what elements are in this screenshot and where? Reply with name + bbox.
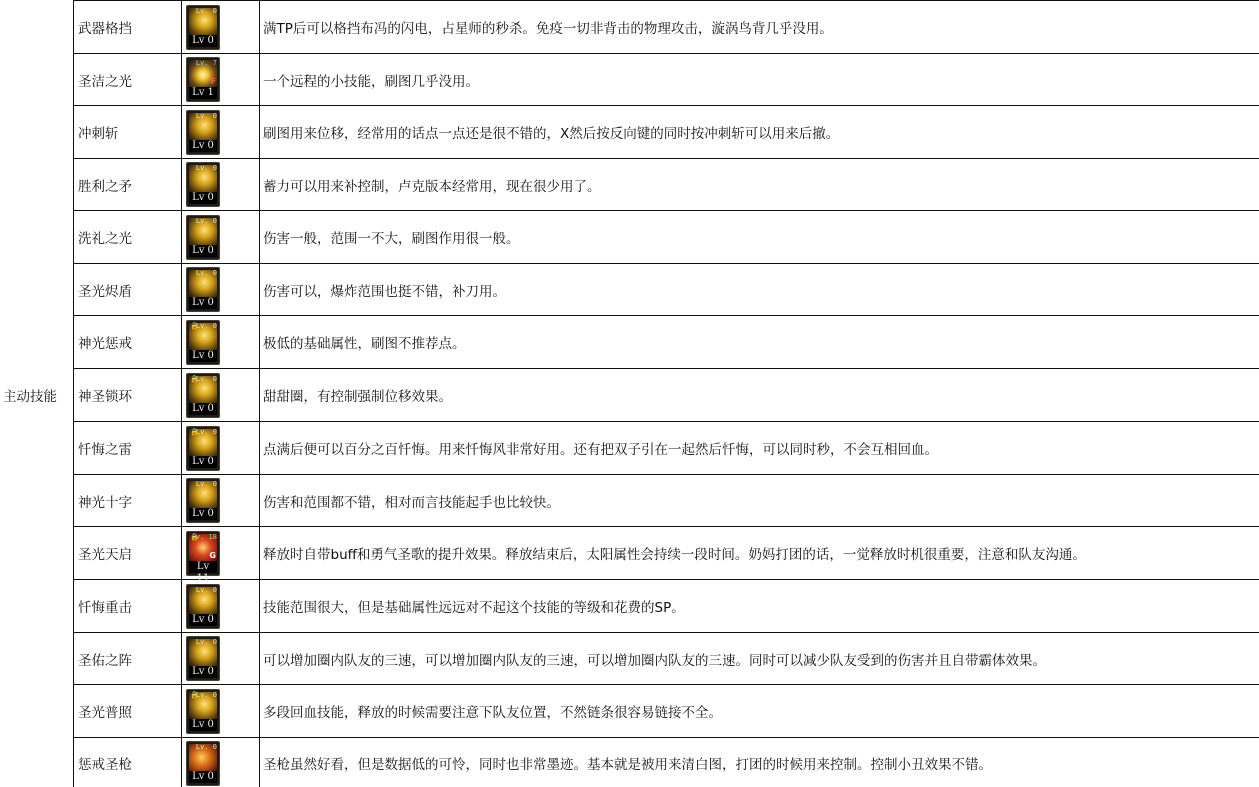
skill-name: 圣洁之光: [78, 74, 132, 90]
skill-name-cell: 洗礼之光: [74, 211, 182, 264]
skill-description: 一个远程的小技能，刷图几乎没用。: [263, 74, 479, 90]
skill-icon-cell: Lv. 18🔒GLv 11: [182, 527, 260, 580]
skill-level-label: Lv 0: [189, 666, 217, 678]
skill-description-cell: 一个远程的小技能，刷图几乎没用。: [260, 54, 1259, 106]
skill-level-label: Lv 0: [189, 192, 217, 204]
table-row: 洗礼之光Lv. 0Lv 0伤害一般，范围一不大，刷图作用很一般。: [0, 211, 1259, 264]
table-row: 圣光烬盾Lv. 0Lv 0伤害可以，爆炸范围也挺不错，补刀用。: [0, 264, 1259, 316]
skill-level-label: Lv 0: [189, 140, 217, 152]
skill-description: 多段回血技能，释放的时候需要注意下队友位置，不然链条很容易链接不全。: [263, 705, 722, 721]
max-level-label: Lv. 7: [196, 59, 217, 67]
skill-level-label: Lv 0: [189, 508, 217, 520]
skill-description-cell: 蓄力可以用来补控制，卢克版本经常用，现在很少用了。: [260, 159, 1259, 211]
skill-name-cell: 胜利之矛: [74, 159, 182, 211]
category-cell: [0, 1, 74, 54]
category-cell: [0, 106, 74, 159]
skill-name: 胜利之矛: [78, 179, 132, 195]
skill-name-cell: 忏悔之雷: [74, 422, 182, 475]
max-level-label: Lv. 0: [196, 112, 217, 120]
holy-light-icon: Lv. 7FLv 1: [186, 57, 220, 102]
skill-description: 刷图用来位移，经常用的话点一点还是很不错的，X然后按反向键的同时按冲刺斩可以用来…: [263, 126, 839, 142]
skill-description: 满TP后可以格挡布冯的闪电，占星师的秒杀。免疫一切非背击的物理攻击，漩涡鸟背几乎…: [263, 21, 833, 37]
skill-description: 甜甜圈，有控制强制位移效果。: [263, 389, 452, 405]
lock-icon: 🔒: [190, 428, 199, 436]
table-row: 神光惩戒Lv. 0🔒Lv 0极低的基础属性，刷图不推荐点。: [0, 316, 1259, 369]
skill-name-cell: 惩戒圣枪: [74, 738, 182, 787]
table-row: 胜利之矛Lv. 0Lv 0蓄力可以用来补控制，卢克版本经常用，现在很少用了。: [0, 159, 1259, 211]
skill-flag-badge: G: [209, 551, 216, 560]
dash-slash-icon: Lv. 0Lv 0: [186, 110, 220, 155]
table-row: 惩戒圣枪Lv. 0Lv 0圣枪虽然好看，但是数据低的可怜，同时也非常墨迹。基本就…: [0, 738, 1259, 787]
category-cell: [0, 685, 74, 738]
skill-description-cell: 多段回血技能，释放的时候需要注意下队友位置，不然链条很容易链接不全。: [260, 685, 1259, 738]
category-cell: [0, 422, 74, 475]
category-cell: [0, 316, 74, 369]
skill-name-cell: 神光惩戒: [74, 316, 182, 369]
skill-description-cell: 满TP后可以格挡布冯的闪电，占星师的秒杀。免疫一切非背击的物理攻击，漩涡鸟背几乎…: [260, 1, 1259, 54]
max-level-label: Lv. 0: [196, 217, 217, 225]
skill-name: 武器格挡: [78, 21, 132, 37]
max-level-label: Lv. 0: [196, 638, 217, 646]
table-row: 忏悔重击Lv. 0Lv 0技能范围很大，但是基础属性远远对不起这个技能的等级和花…: [0, 580, 1259, 633]
skill-name-cell: 圣光烬盾: [74, 264, 182, 316]
skill-name-cell: 武器格挡: [74, 1, 182, 54]
skill-name: 神光惩戒: [78, 336, 132, 352]
category-cell: [0, 633, 74, 685]
skill-level-label: Lv 1: [189, 87, 217, 99]
max-level-label: Lv. 0: [196, 322, 217, 330]
skill-level-label: Lv 0: [189, 456, 217, 468]
skill-icon-cell: Lv. 0Lv 0: [182, 211, 260, 264]
skill-name: 洗礼之光: [78, 231, 132, 247]
punishing-holy-spear-icon: Lv. 0Lv 0: [186, 741, 220, 786]
skill-description-cell: 点满后便可以百分之百忏悔。用来忏悔风非常好用。还有把双子引在一起然后忏悔，可以同…: [260, 422, 1259, 475]
max-level-label: Lv. 0: [196, 269, 217, 277]
skill-description-cell: 技能范围很大，但是基础属性远远对不起这个技能的等级和花费的SP。: [260, 580, 1259, 633]
max-level-label: Lv. 0: [196, 164, 217, 172]
max-level-label: Lv. 0: [196, 7, 217, 15]
category-cell: [0, 580, 74, 633]
skill-level-label: Lv 0: [189, 719, 217, 731]
holy-chain-ring-icon: Lv. 0🔒Lv 0: [186, 373, 220, 418]
category-cell: [0, 159, 74, 211]
skill-icon-cell: Lv. 0Lv 0: [182, 580, 260, 633]
skill-description: 圣枪虽然好看，但是数据低的可怜，同时也非常墨迹。基本就是被用来清白图，打团的时候…: [263, 757, 992, 773]
divine-punish-icon: Lv. 0🔒Lv 0: [186, 320, 220, 365]
category-cell: [0, 264, 74, 316]
skill-description: 可以增加圈内队友的三速，可以增加圈内队友的三速，可以增加圈内队友的三速。同时可以…: [263, 653, 1046, 669]
skill-description: 技能范围很大，但是基础属性远远对不起这个技能的等级和花费的SP。: [263, 600, 685, 616]
skill-level-label: Lv 0: [189, 245, 217, 257]
category-label: 主动技能: [3, 389, 57, 405]
skill-icon-cell: Lv. 0🔒Lv 0: [182, 685, 260, 738]
skill-name-cell: 神圣锁环: [74, 369, 182, 422]
skill-level-label: Lv 0: [189, 297, 217, 309]
table-row: 冲刺斩Lv. 0Lv 0刷图用来位移，经常用的话点一点还是很不错的，X然后按反向…: [0, 106, 1259, 159]
skills-table-body: 武器格挡Lv. 0Lv 0满TP后可以格挡布冯的闪电，占星师的秒杀。免疫一切非背…: [0, 1, 1259, 787]
category-cell: [0, 527, 74, 580]
skill-name: 圣光普照: [78, 705, 132, 721]
skill-level-label: Lv 0: [189, 771, 217, 783]
max-level-label: Lv. 0: [196, 691, 217, 699]
category-cell: [0, 738, 74, 787]
lock-icon: 🔒: [190, 322, 199, 330]
skill-name: 神圣锁环: [78, 389, 132, 405]
skill-icon-cell: Lv. 0Lv 0: [182, 264, 260, 316]
skill-name: 圣佑之阵: [78, 653, 132, 669]
skill-description-cell: 伤害和范围都不错，相对而言技能起手也比较快。: [260, 475, 1259, 527]
skill-icon-cell: Lv. 0Lv 0: [182, 106, 260, 159]
max-level-label: Lv. 0: [196, 428, 217, 436]
table-row: 主动技能神圣锁环Lv. 0🔒Lv 0甜甜圈，有控制强制位移效果。: [0, 369, 1259, 422]
skill-description: 伤害和范围都不错，相对而言技能起手也比较快。: [263, 495, 560, 511]
skill-description-cell: 极低的基础属性，刷图不推荐点。: [260, 316, 1259, 369]
skill-name: 圣光天启: [78, 547, 132, 563]
skill-level-label: Lv 0: [189, 614, 217, 626]
max-level-label: Lv. 0: [196, 586, 217, 594]
lock-icon: 🔒: [190, 691, 199, 699]
skill-name-cell: 忏悔重击: [74, 580, 182, 633]
skill-icon-cell: Lv. 0Lv 0: [182, 1, 260, 54]
skill-description-cell: 释放时自带buff和勇气圣歌的提升效果。释放结束后，太阳属性会持续一段时间。奶妈…: [260, 527, 1259, 580]
skill-name-cell: 神光十字: [74, 475, 182, 527]
table-row: 武器格挡Lv. 0Lv 0满TP后可以格挡布冯的闪电，占星师的秒杀。免疫一切非背…: [0, 1, 1259, 54]
skill-name: 忏悔重击: [78, 600, 132, 616]
skill-description: 伤害一般，范围一不大，刷图作用很一般。: [263, 231, 520, 247]
skill-level-label: Lv 0: [189, 35, 217, 47]
skill-flag-badge: F: [211, 77, 216, 86]
repentance-strike-icon: Lv. 0Lv 0: [186, 584, 220, 629]
table-row: 圣洁之光Lv. 7FLv 1一个远程的小技能，刷图几乎没用。: [0, 54, 1259, 106]
category-cell: 主动技能: [0, 369, 74, 422]
skill-name: 惩戒圣枪: [78, 757, 132, 773]
skill-icon-cell: Lv. 0🔒Lv 0: [182, 316, 260, 369]
holy-apocalypse-icon: Lv. 18🔒GLv 11: [186, 531, 220, 576]
skill-description: 点满后便可以百分之百忏悔。用来忏悔风非常好用。还有把双子引在一起然后忏悔，可以同…: [263, 442, 938, 458]
skill-name-cell: 冲刺斩: [74, 106, 182, 159]
skill-description-cell: 圣枪虽然好看，但是数据低的可怜，同时也非常墨迹。基本就是被用来清白图，打团的时候…: [260, 738, 1259, 787]
table-row: 忏悔之雷Lv. 0🔒Lv 0点满后便可以百分之百忏悔。用来忏悔风非常好用。还有把…: [0, 422, 1259, 475]
blessing-array-icon: Lv. 0Lv 0: [186, 636, 220, 681]
skill-name-cell: 圣洁之光: [74, 54, 182, 106]
category-cell: [0, 54, 74, 106]
skill-name: 神光十字: [78, 495, 132, 511]
category-cell: [0, 475, 74, 527]
skill-icon-cell: Lv. 0Lv 0: [182, 633, 260, 685]
skill-level-label: Lv 11: [189, 561, 217, 573]
lock-icon: 🔒: [190, 533, 199, 541]
skill-name: 忏悔之雷: [78, 442, 132, 458]
category-cell: [0, 211, 74, 264]
lock-icon: 🔒: [190, 375, 199, 383]
skill-icon-cell: Lv. 0🔒Lv 0: [182, 369, 260, 422]
thunder-of-repentance-icon: Lv. 0🔒Lv 0: [186, 426, 220, 471]
skill-name: 冲刺斩: [78, 126, 119, 142]
skill-description: 极低的基础属性，刷图不推荐点。: [263, 336, 466, 352]
table-row: 神光十字Lv. 0Lv 0伤害和范围都不错，相对而言技能起手也比较快。: [0, 475, 1259, 527]
skill-description-cell: 伤害一般，范围一不大，刷图作用很一般。: [260, 211, 1259, 264]
skill-description-cell: 甜甜圈，有控制强制位移效果。: [260, 369, 1259, 422]
skill-level-label: Lv 0: [189, 403, 217, 415]
weapon-block-icon: Lv. 0Lv 0: [186, 5, 220, 50]
skill-icon-cell: Lv. 0Lv 0: [182, 475, 260, 527]
holy-shield-icon: Lv. 0Lv 0: [186, 267, 220, 312]
max-level-label: Lv. 0: [196, 743, 217, 751]
table-row: 圣佑之阵Lv. 0Lv 0可以增加圈内队友的三速，可以增加圈内队友的三速，可以增…: [0, 633, 1259, 685]
skill-icon-cell: Lv. 0Lv 0: [182, 738, 260, 787]
spear-of-victory-icon: Lv. 0Lv 0: [186, 162, 220, 207]
divine-cross-icon: Lv. 0Lv 0: [186, 478, 220, 523]
skill-icon-cell: Lv. 0Lv 0: [182, 159, 260, 211]
max-level-label: Lv. 0: [196, 480, 217, 488]
skill-level-label: Lv 0: [189, 350, 217, 362]
skill-icon-cell: Lv. 0🔒Lv 0: [182, 422, 260, 475]
skill-description-cell: 伤害可以，爆炸范围也挺不错，补刀用。: [260, 264, 1259, 316]
table-row: 圣光普照Lv. 0🔒Lv 0多段回血技能，释放的时候需要注意下队友位置，不然链条…: [0, 685, 1259, 738]
skills-table: 武器格挡Lv. 0Lv 0满TP后可以格挡布冯的闪电，占星师的秒杀。免疫一切非背…: [0, 0, 1259, 787]
skill-description-cell: 刷图用来位移，经常用的话点一点还是很不错的，X然后按反向键的同时按冲刺斩可以用来…: [260, 106, 1259, 159]
skill-description: 蓄力可以用来补控制，卢克版本经常用，现在很少用了。: [263, 179, 601, 195]
skill-name: 圣光烬盾: [78, 284, 132, 300]
skill-name-cell: 圣佑之阵: [74, 633, 182, 685]
skill-name-cell: 圣光天启: [74, 527, 182, 580]
skill-name-cell: 圣光普照: [74, 685, 182, 738]
holy-radiance-icon: Lv. 0🔒Lv 0: [186, 689, 220, 734]
max-level-label: Lv. 0: [196, 375, 217, 383]
table-row: 圣光天启Lv. 18🔒GLv 11释放时自带buff和勇气圣歌的提升效果。释放结…: [0, 527, 1259, 580]
skill-description-cell: 可以增加圈内队友的三速，可以增加圈内队友的三速，可以增加圈内队友的三速。同时可以…: [260, 633, 1259, 685]
baptism-light-icon: Lv. 0Lv 0: [186, 215, 220, 260]
skill-icon-cell: Lv. 7FLv 1: [182, 54, 260, 106]
skill-description: 伤害可以，爆炸范围也挺不错，补刀用。: [263, 284, 506, 300]
skill-description: 释放时自带buff和勇气圣歌的提升效果。释放结束后，太阳属性会持续一段时间。奶妈…: [263, 547, 1086, 563]
